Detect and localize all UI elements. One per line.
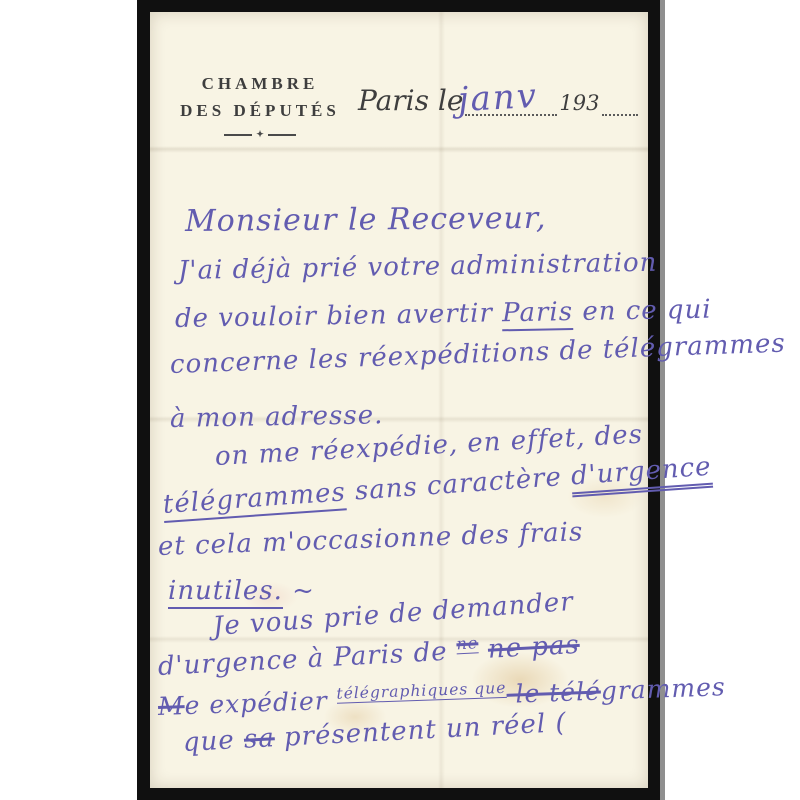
handwritten-segment: le télé: [506, 677, 601, 709]
handwritten-segment: ne pas: [487, 630, 580, 665]
handwritten-segment: e expédier: [184, 686, 337, 720]
handwritten-segment: grammes: [600, 672, 726, 705]
handwritten-segment: en ce qui: [573, 295, 712, 327]
handwritten-segment: ~: [283, 576, 315, 606]
handwritten-segment: inutiles.: [168, 576, 283, 609]
handwritten-segment: de vouloir bien avertir: [175, 298, 503, 334]
handwritten-segment: d'urgence à Paris de: [157, 636, 457, 682]
handwritten-segment: d'urgence: [570, 452, 713, 498]
photo-frame: CHAMBRE DES DÉPUTÉS ✦ Paris le 193 janv …: [137, 0, 665, 800]
handwritten-segment: Paris: [502, 297, 573, 331]
handwritten-line: à mon adresse.: [170, 400, 384, 434]
handwritten-segment: M: [157, 691, 185, 721]
handwritten-line: Monsieur le Receveur,: [185, 201, 547, 239]
handwritten-segment: à mon adresse.: [170, 400, 384, 434]
handwritten-segment: Monsieur le Receveur,: [185, 201, 547, 239]
handwritten-line: J'ai déjà prié votre administration: [178, 248, 658, 286]
handwritten-line: et cela m'occasionne des frais: [157, 517, 583, 562]
handwritten-segment: que: [182, 725, 245, 758]
page: CHAMBRE DES DÉPUTÉS ✦ Paris le 193 janv …: [0, 0, 800, 800]
handwritten-line: concerne les réexpéditions de télégramme…: [169, 329, 786, 380]
handwritten-segment: concerne les réexpéditions de télégramme…: [169, 329, 786, 380]
handwritten-segment: sans caractère: [345, 461, 572, 507]
handwritten-line: inutiles. ~: [168, 576, 315, 606]
handwritten-segment: et cela m'occasionne des frais: [157, 517, 583, 562]
handwritten-segment: J'ai déjà prié votre administration: [178, 248, 658, 286]
letter-paper: CHAMBRE DES DÉPUTÉS ✦ Paris le 193 janv …: [150, 12, 648, 788]
handwritten-line: de vouloir bien avertir Paris en ce qui: [175, 295, 712, 334]
handwritten-segment: télégraphiques que: [336, 679, 507, 704]
handwritten-segment: ne: [456, 633, 479, 654]
handwritten-segment: sa: [243, 723, 275, 755]
handwritten-segment: télégrammes: [162, 477, 347, 523]
handwriting-layer: Monsieur le Receveur,J'ai déjà prié votr…: [150, 12, 648, 788]
